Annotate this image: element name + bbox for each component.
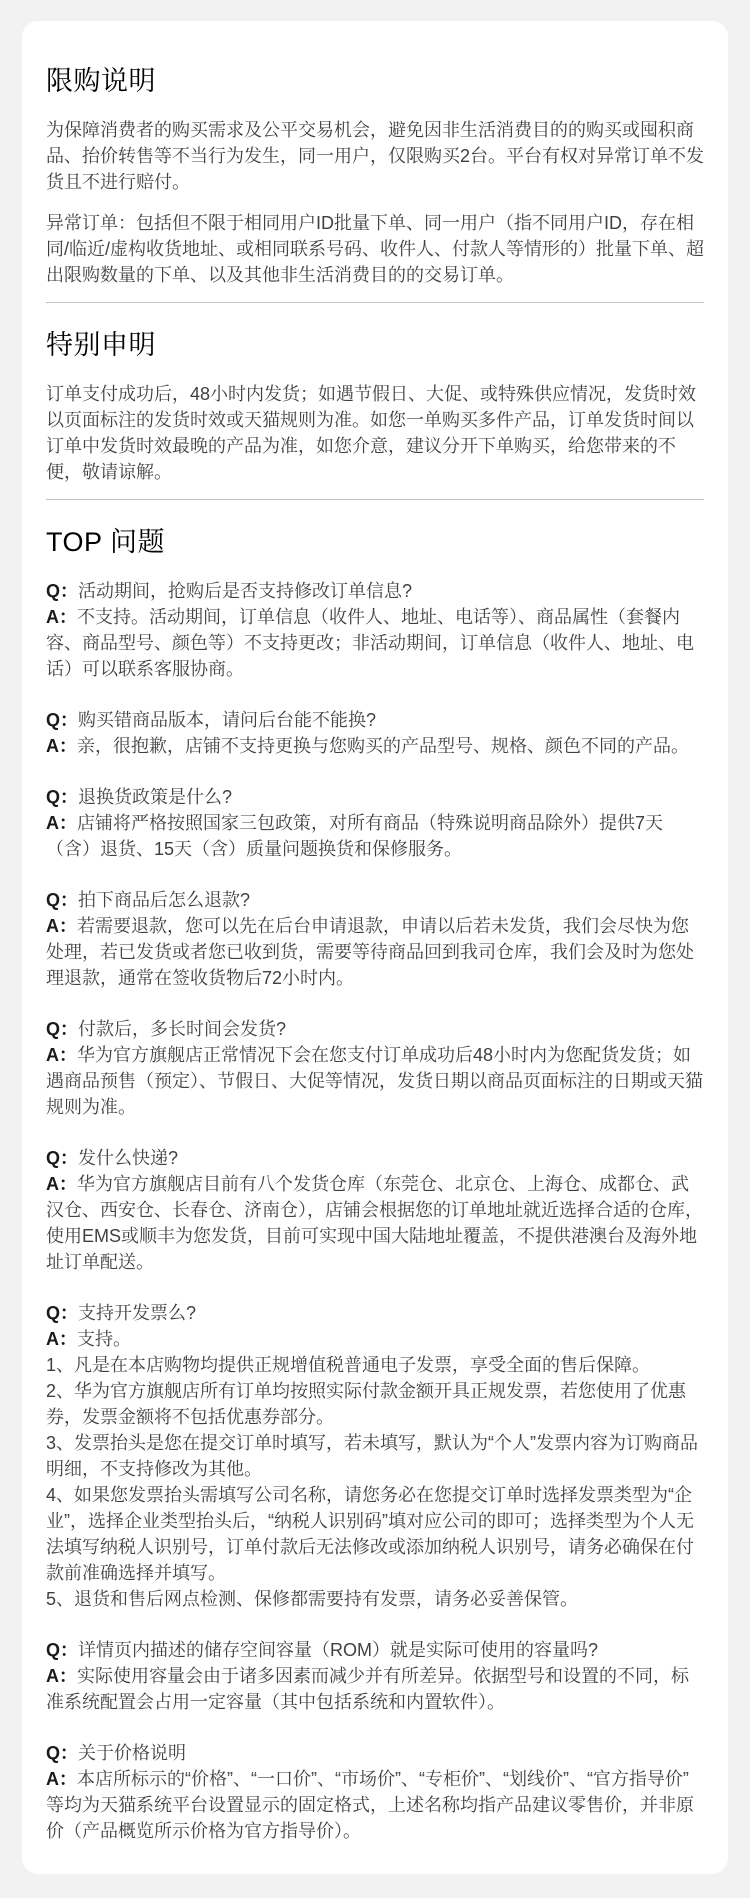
section-special-statement: 特别申明 订单支付成功后，48小时内发货；如遇节假日、大促、或特殊供应情况，发货… — [46, 329, 704, 485]
section-divider — [46, 499, 704, 500]
qa-item-refund: Q：拍下商品后怎么退款? A：若需要退款，您可以先在后台申请退款，申请以后若未发… — [46, 887, 704, 991]
qa-answer: A：华为官方旗舰店正常情况下会在您支付订单成功后48小时内为您配货发货；如遇商品… — [46, 1042, 704, 1120]
purchase-limit-paragraph-1: 为保障消费者的购买需求及公平交易机会，避免因非生活消费目的的购买或囤积商品、抬价… — [46, 117, 704, 195]
section-top-questions: TOP 问题 Q：活动期间，抢购后是否支持修改订单信息? A：不支持。活动期间，… — [46, 526, 704, 1844]
qa-question: Q：发什么快递? — [46, 1145, 704, 1171]
special-statement-paragraph: 订单支付成功后，48小时内发货；如遇节假日、大促、或特殊供应情况，发货时效以页面… — [46, 381, 704, 485]
qa-invoice-note-2: 2、华为官方旗舰店所有订单均按照实际付款金额开具正规发票，若您使用了优惠券，发票… — [46, 1378, 704, 1430]
qa-answer-text: 华为官方旗舰店目前有八个发货仓库（东莞仓、北京仓、上海仓、成都仓、武汉仓、西安仓… — [46, 1174, 703, 1272]
qa-answer-text: 实际使用容量会由于诸多因素而减少并有所差异。依据型号和设置的不同，标准系统配置会… — [46, 1666, 689, 1712]
a-label: A： — [46, 1329, 77, 1349]
a-label: A： — [46, 607, 77, 627]
qa-question-text: 拍下商品后怎么退款? — [78, 890, 250, 910]
qa-item-return-policy: Q：退换货政策是什么? A：店铺将严格按照国家三包政策，对所有商品（特殊说明商品… — [46, 784, 704, 862]
qa-answer: A：华为官方旗舰店目前有八个发货仓库（东莞仓、北京仓、上海仓、成都仓、武汉仓、西… — [46, 1171, 704, 1275]
q-label: Q： — [46, 1640, 78, 1660]
qa-item-rom-capacity: Q：详情页内描述的储存空间容量（ROM）就是实际可使用的容量吗? A：实际使用容… — [46, 1637, 704, 1715]
qa-item-wrong-version: Q：购买错商品版本，请问后台能不能换? A：亲，很抱歉，店铺不支持更换与您购买的… — [46, 707, 704, 759]
q-label: Q： — [46, 787, 78, 807]
qa-answer: A：若需要退款，您可以先在后台申请退款，申请以后若未发货，我们会尽快为您处理，若… — [46, 913, 704, 991]
qa-answer: A：亲，很抱歉，店铺不支持更换与您购买的产品型号、规格、颜色不同的产品。 — [46, 733, 704, 759]
qa-question: Q：支持开发票么? — [46, 1300, 704, 1326]
a-label: A： — [46, 916, 77, 936]
qa-answer-text: 亲，很抱歉，店铺不支持更换与您购买的产品型号、规格、颜色不同的产品。 — [77, 736, 689, 756]
qa-question: Q：拍下商品后怎么退款? — [46, 887, 704, 913]
qa-question: Q：关于价格说明 — [46, 1740, 704, 1766]
qa-answer: A：本店所标示的“价格”、“一口价”、“市场价”、“专柜价”、“划线价”、“官方… — [46, 1766, 704, 1844]
qa-question: Q：付款后，多长时间会发货? — [46, 1016, 704, 1042]
qa-item-shipping-time: Q：付款后，多长时间会发货? A：华为官方旗舰店正常情况下会在您支付订单成功后4… — [46, 1016, 704, 1120]
q-label: Q： — [46, 581, 78, 601]
section-title-top-questions: TOP 问题 — [46, 526, 704, 558]
qa-answer: A：店铺将严格按照国家三包政策，对所有商品（特殊说明商品除外）提供7天（含）退货… — [46, 810, 704, 862]
qa-question-text: 活动期间，抢购后是否支持修改订单信息? — [78, 581, 412, 601]
qa-item-invoice: Q：支持开发票么? A：支持。 1、凡是在本店购物均提供正规增值税普通电子发票，… — [46, 1300, 704, 1612]
qa-invoice-note-1: 1、凡是在本店购物均提供正规增值税普通电子发票，享受全面的售后保障。 — [46, 1352, 704, 1378]
section-title-purchase-limit: 限购说明 — [46, 65, 704, 97]
qa-answer-text: 华为官方旗舰店正常情况下会在您支付订单成功后48小时内为您配货发货；如遇商品预售… — [46, 1045, 703, 1117]
a-label: A： — [46, 813, 77, 833]
qa-item-order-info: Q：活动期间，抢购后是否支持修改订单信息? A：不支持。活动期间，订单信息（收件… — [46, 578, 704, 682]
a-label: A： — [46, 736, 77, 756]
qa-question: Q：退换货政策是什么? — [46, 784, 704, 810]
qa-invoice-note-4: 4、如果您发票抬头需填写公司名称，请您务必在您提交订单时选择发票类型为“企业”，… — [46, 1482, 704, 1586]
qa-answer-text: 本店所标示的“价格”、“一口价”、“市场价”、“专柜价”、“划线价”、“官方指导… — [46, 1769, 694, 1841]
faq-card: 限购说明 为保障消费者的购买需求及公平交易机会，避免因非生活消费目的的购买或囤积… — [22, 21, 728, 1874]
purchase-limit-paragraph-2: 异常订单：包括但不限于相同用户ID批量下单、同一用户（指不同用户ID，存在相同/… — [46, 210, 704, 288]
qa-answer-text: 店铺将严格按照国家三包政策，对所有商品（特殊说明商品除外）提供7天（含）退货、1… — [46, 813, 663, 859]
a-label: A： — [46, 1769, 77, 1789]
a-label: A： — [46, 1666, 77, 1686]
qa-answer-text: 若需要退款，您可以先在后台申请退款，申请以后若未发货，我们会尽快为您处理，若已发… — [46, 916, 694, 988]
qa-answer-text: 不支持。活动期间，订单信息（收件人、地址、电话等）、商品属性（套餐内容、商品型号… — [46, 607, 694, 679]
a-label: A： — [46, 1045, 77, 1065]
qa-invoice-note-5: 5、退货和售后网点检测、保修都需要持有发票，请务必妥善保管。 — [46, 1586, 704, 1612]
section-divider — [46, 302, 704, 303]
section-purchase-limit: 限购说明 为保障消费者的购买需求及公平交易机会，避免因非生活消费目的的购买或囤积… — [46, 65, 704, 288]
qa-question-text: 关于价格说明 — [78, 1743, 186, 1763]
q-label: Q： — [46, 1303, 78, 1323]
qa-invoice-note-3: 3、发票抬头是您在提交订单时填写，若未填写，默认为“个人”发票内容为订购商品明细… — [46, 1430, 704, 1482]
qa-answer: A：实际使用容量会由于诸多因素而减少并有所差异。依据型号和设置的不同，标准系统配… — [46, 1663, 704, 1715]
q-label: Q： — [46, 890, 78, 910]
qa-answer-text: 支持。 — [77, 1329, 131, 1349]
qa-question: Q：活动期间，抢购后是否支持修改订单信息? — [46, 578, 704, 604]
q-label: Q： — [46, 1019, 78, 1039]
q-label: Q： — [46, 710, 78, 730]
section-title-special-statement: 特别申明 — [46, 329, 704, 361]
qa-item-courier: Q：发什么快递? A：华为官方旗舰店目前有八个发货仓库（东莞仓、北京仓、上海仓、… — [46, 1145, 704, 1275]
qa-question-text: 支持开发票么? — [78, 1303, 196, 1323]
q-label: Q： — [46, 1743, 78, 1763]
qa-question-text: 购买错商品版本，请问后台能不能换? — [78, 710, 376, 730]
qa-answer: A：支持。 — [46, 1326, 704, 1352]
qa-question-text: 退换货政策是什么? — [78, 787, 232, 807]
qa-question-text: 详情页内描述的储存空间容量（ROM）就是实际可使用的容量吗? — [78, 1640, 598, 1660]
qa-question: Q：详情页内描述的储存空间容量（ROM）就是实际可使用的容量吗? — [46, 1637, 704, 1663]
qa-question: Q：购买错商品版本，请问后台能不能换? — [46, 707, 704, 733]
q-label: Q： — [46, 1148, 78, 1168]
a-label: A： — [46, 1174, 77, 1194]
qa-question-text: 发什么快递? — [78, 1148, 178, 1168]
qa-answer: A：不支持。活动期间，订单信息（收件人、地址、电话等）、商品属性（套餐内容、商品… — [46, 604, 704, 682]
qa-question-text: 付款后，多长时间会发货? — [78, 1019, 286, 1039]
qa-item-price-statement: Q：关于价格说明 A：本店所标示的“价格”、“一口价”、“市场价”、“专柜价”、… — [46, 1740, 704, 1844]
